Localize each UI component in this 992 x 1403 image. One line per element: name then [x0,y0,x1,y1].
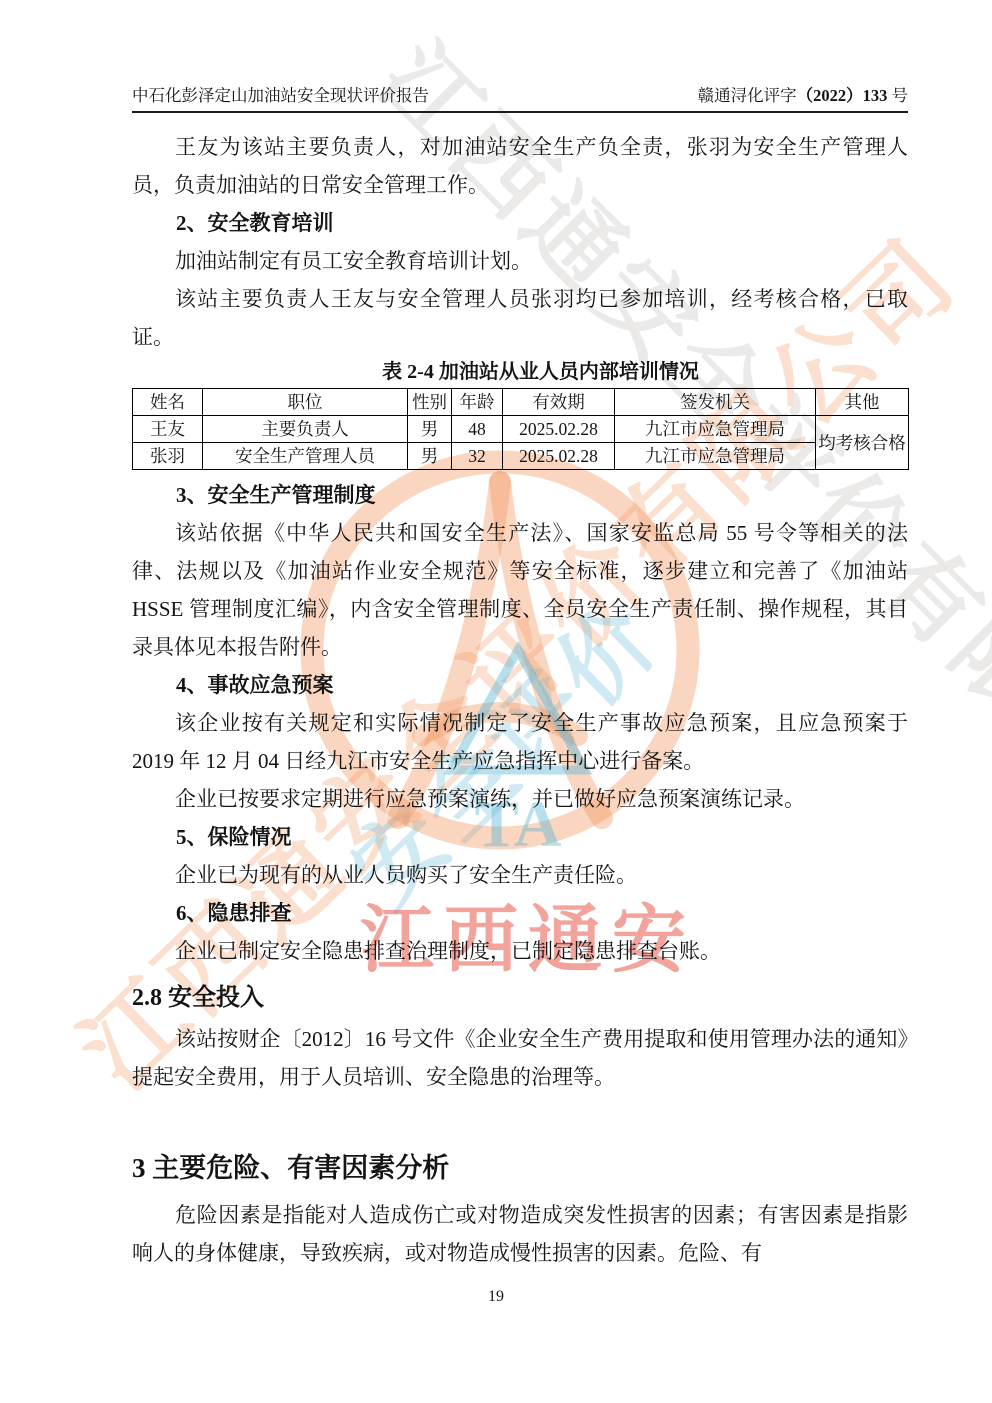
doc-number-suffix: 号 [887,86,908,105]
para-insurance: 企业已为现有的从业人员购买了安全生产责任险。 [132,856,908,894]
cell-issuer: 九江市应急管理局 [615,443,816,470]
cell-name: 王友 [133,416,203,443]
heading-safety-mgmt-system: 3、安全生产管理制度 [176,476,908,514]
col-header-gender: 性别 [408,389,452,416]
page-number: 19 [0,1288,992,1306]
col-header-issuer: 签发机关 [615,389,816,416]
header-report-title: 中石化彭泽定山加油站安全现状评价报告 [132,82,429,106]
heading-chapter-3: 3 主要危险、有害因素分析 [132,1140,908,1196]
table-row: 王友 主要负责人 男 48 2025.02.28 九江市应急管理局 均考核合格 [133,416,909,443]
table-header-row: 姓名 职位 性别 年龄 有效期 签发机关 其他 [133,389,909,416]
col-header-other: 其他 [816,389,909,416]
cell-gender: 男 [408,416,452,443]
para-safety-investment: 该站按财企〔2012〕16 号文件《企业安全生产费用提取和使用管理办法的通知》提… [132,1020,908,1096]
table-row: 张羽 安全生产管理人员 男 32 2025.02.28 九江市应急管理局 [133,443,909,470]
heading-hazard-inspection: 6、隐患排查 [176,894,908,932]
col-header-age: 年龄 [452,389,503,416]
document-body: 王友为该站主要负责人，对加油站安全生产负全责，张羽为安全生产管理人员，负责加油站… [132,128,908,1272]
cell-age: 48 [452,416,503,443]
table-2-4-title: 表 2-4 加油站从业人员内部培训情况 [132,356,908,388]
document-page: 江西通安全评价有限公司 江西通安全评价有限公司 安全评价 TA 江西通安 中石化… [0,0,992,1403]
heading-safety-training: 2、安全教育培训 [176,204,908,242]
cell-name: 张羽 [133,443,203,470]
heading-emergency-plan: 4、事故应急预案 [176,666,908,704]
cell-issuer: 九江市应急管理局 [615,416,816,443]
para-emergency-filed: 该企业按有关规定和实际情况制定了安全生产事故应急预案，且应急预案于 2019 年… [132,704,908,780]
doc-number-prefix: 赣通浔化评字 [698,86,797,105]
cell-gender: 男 [408,443,452,470]
cell-age: 32 [452,443,503,470]
col-header-position: 职位 [203,389,408,416]
col-header-valid-date: 有效期 [503,389,615,416]
para-training-plan: 加油站制定有员工安全教育培训计划。 [132,242,908,280]
para-hazard-inspection: 企业已制定安全隐患排查治理制度，已制定隐患排查台账。 [132,932,908,970]
para-responsibility: 王友为该站主要负责人，对加油站安全生产负全责，张羽为安全生产管理人员，负责加油站… [132,128,908,204]
heading-insurance: 5、保险情况 [176,818,908,856]
cell-other-merged: 均考核合格 [816,416,909,470]
page-header: 中石化彭泽定山加油站安全现状评价报告 赣通浔化评字（2022）133 号 [132,82,908,113]
para-hazard-factors: 危险因素是指能对人造成伤亡或对物造成突发性损害的因素；有害因素是指影响人的身体健… [132,1196,908,1272]
para-emergency-drill: 企业已按要求定期进行应急预案演练，并已做好应急预案演练记录。 [132,780,908,818]
cell-valid-date: 2025.02.28 [503,416,615,443]
cell-position: 主要负责人 [203,416,408,443]
heading-2-8-safety-investment: 2.8 安全投入 [132,976,908,1020]
cell-valid-date: 2025.02.28 [503,443,615,470]
doc-number-value: （2022）133 [797,86,888,105]
para-mgmt-system: 该站依据《中华人民共和国安全生产法》、国家安监总局 55 号令等相关的法律、法规… [132,514,908,666]
cell-position: 安全生产管理人员 [203,443,408,470]
col-header-name: 姓名 [133,389,203,416]
header-document-number: 赣通浔化评字（2022）133 号 [698,82,908,106]
para-training-certified: 该站主要负责人王友与安全管理人员张羽均已参加培训，经考核合格，已取证。 [132,280,908,356]
training-table: 姓名 职位 性别 年龄 有效期 签发机关 其他 王友 主要负责人 男 48 20… [132,388,909,470]
